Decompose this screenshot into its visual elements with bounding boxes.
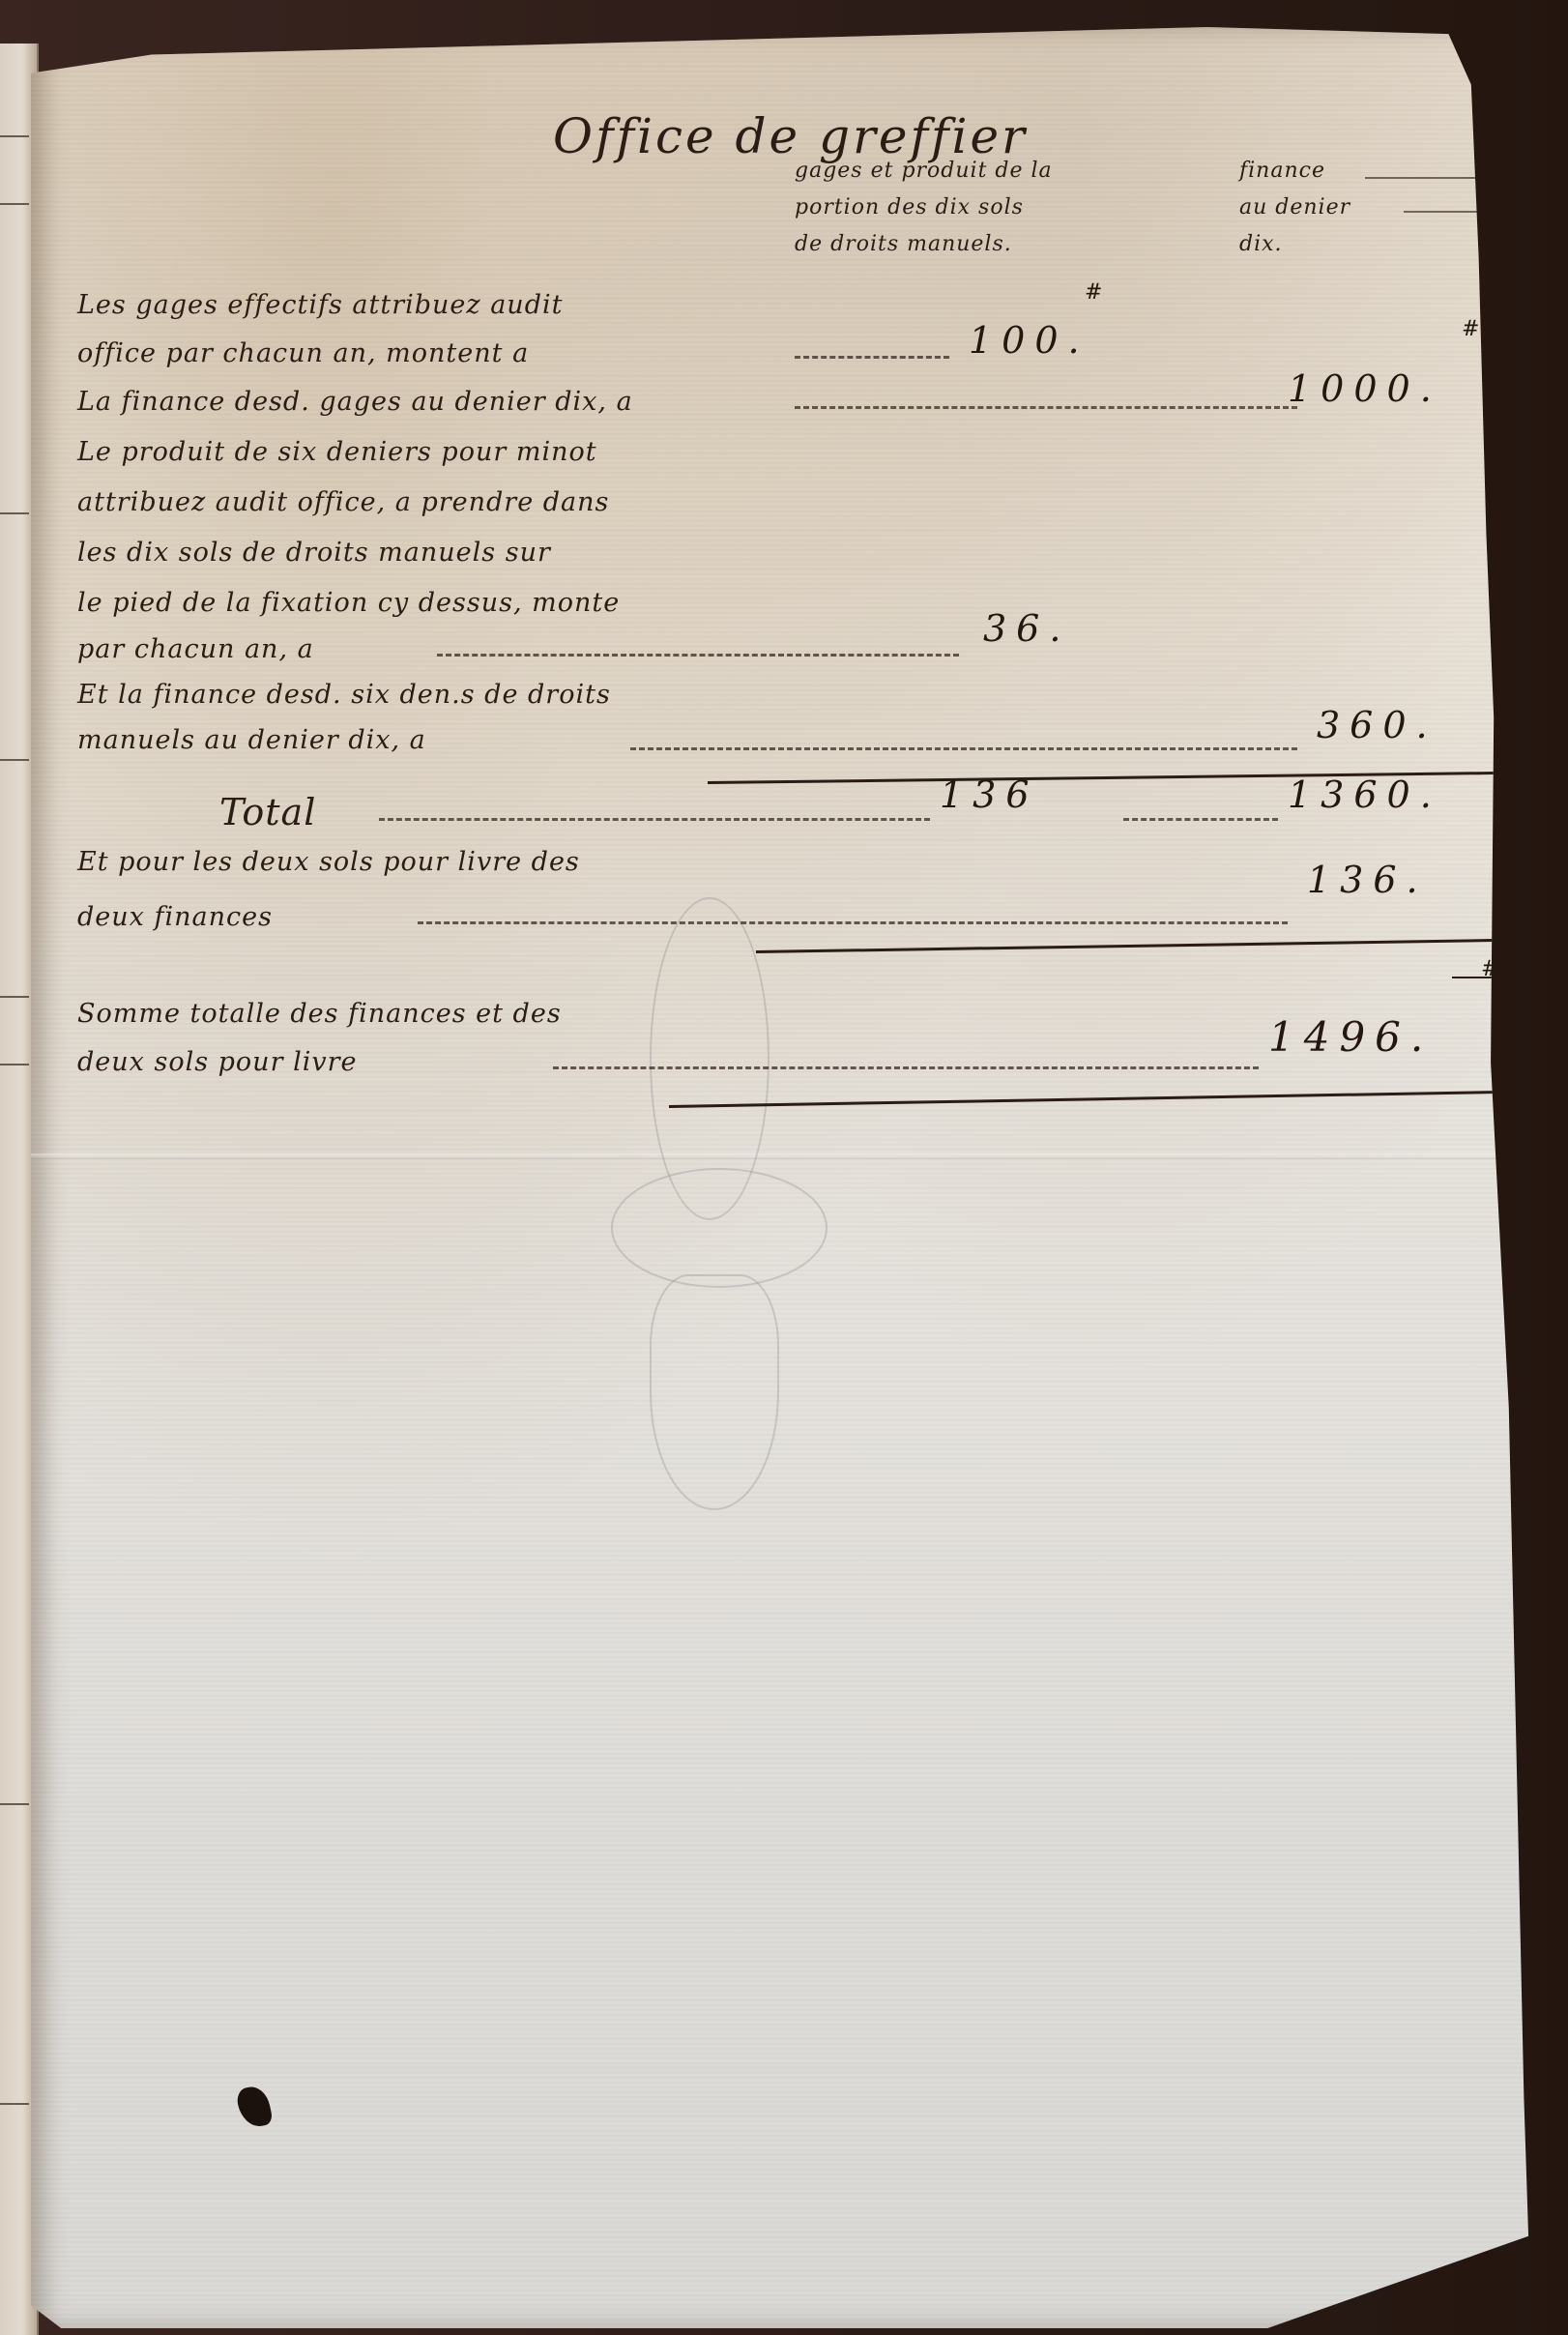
header-rule [1365,177,1510,179]
dot-leader [437,654,959,657]
text-line: Et pour les deux sols pour livre des [77,847,580,877]
header-line: gages et produit de la [795,153,1053,190]
paper-hole [235,2084,274,2130]
text-line: Somme totalle des finances et des [77,999,562,1029]
dot-leader [630,747,1297,750]
header-line: portion des dix sols [795,190,1053,226]
header-line: au denier [1239,190,1350,226]
dot-leader [553,1066,1259,1069]
value-total-finance: 1360. [1288,773,1441,816]
dot-leader [418,921,1288,924]
manuscript-page: Office de greffier gages et produit de l… [31,27,1539,2328]
watermark-oval [611,1168,828,1288]
sum-rule [756,938,1549,953]
livres-mark: # [1462,317,1479,341]
text-line: le pied de la fixation cy dessus, monte [77,588,620,618]
ruled-line [0,1803,29,1805]
text-line: deux sols pour livre [77,1047,357,1077]
livres-mark: # [1085,280,1102,305]
header-rule [1452,977,1529,978]
ruled-line [0,996,29,998]
ruled-line [0,203,29,205]
text-line: manuels au denier dix, a [77,725,426,755]
dot-leader [379,818,930,821]
dot-leader [795,406,1297,409]
watermark-base [650,1274,779,1510]
text-line: Les gages effectifs attribuez audit [77,290,563,320]
sum-rule [669,1090,1539,1108]
ruled-line [0,1064,29,1065]
text-line: par chacun an, a [77,634,314,664]
header-rule [1404,211,1510,213]
ruled-line [0,759,29,761]
header-line: finance [1239,153,1350,190]
paper-fold [31,1153,1539,1159]
value-produit-six-deniers: 36. [983,607,1070,650]
header-line: de droits manuels. [795,226,1053,263]
value-finance-six-deniers: 360. [1317,704,1437,746]
value-deux-sols: 136. [1307,859,1428,901]
text-line: Le produit de six deniers pour minot [77,437,597,467]
text-line: office par chacun an, montent a [77,338,529,368]
text-line: deux finances [77,902,273,932]
value-total-gages: 136 [940,773,1039,816]
value-somme-totalle: 1496. [1268,1013,1433,1061]
dot-leader [1123,818,1278,821]
column-header-finance: finance au denier dix. [1239,153,1350,263]
text-line: les dix sols de droits manuels sur [77,538,551,568]
value-finance-gages: 1000. [1288,367,1441,410]
ruled-line [0,512,29,514]
text-line: attribuez audit office, a prendre dans [77,487,609,517]
column-header-gages: gages et produit de la portion des dix s… [795,153,1053,263]
header-line: dix. [1239,226,1350,263]
text-line: Et la finance desd. six den.s de droits [77,680,611,710]
ruled-line [0,2103,29,2105]
total-label: Total [219,791,316,833]
text-line: La finance desd. gages au denier dix, a [77,387,633,417]
ruled-line [0,135,29,137]
value-gages-effectifs: 100. [969,319,1089,362]
dot-leader [795,356,949,359]
photo-scene: Office de greffier gages et produit de l… [0,0,1568,2335]
